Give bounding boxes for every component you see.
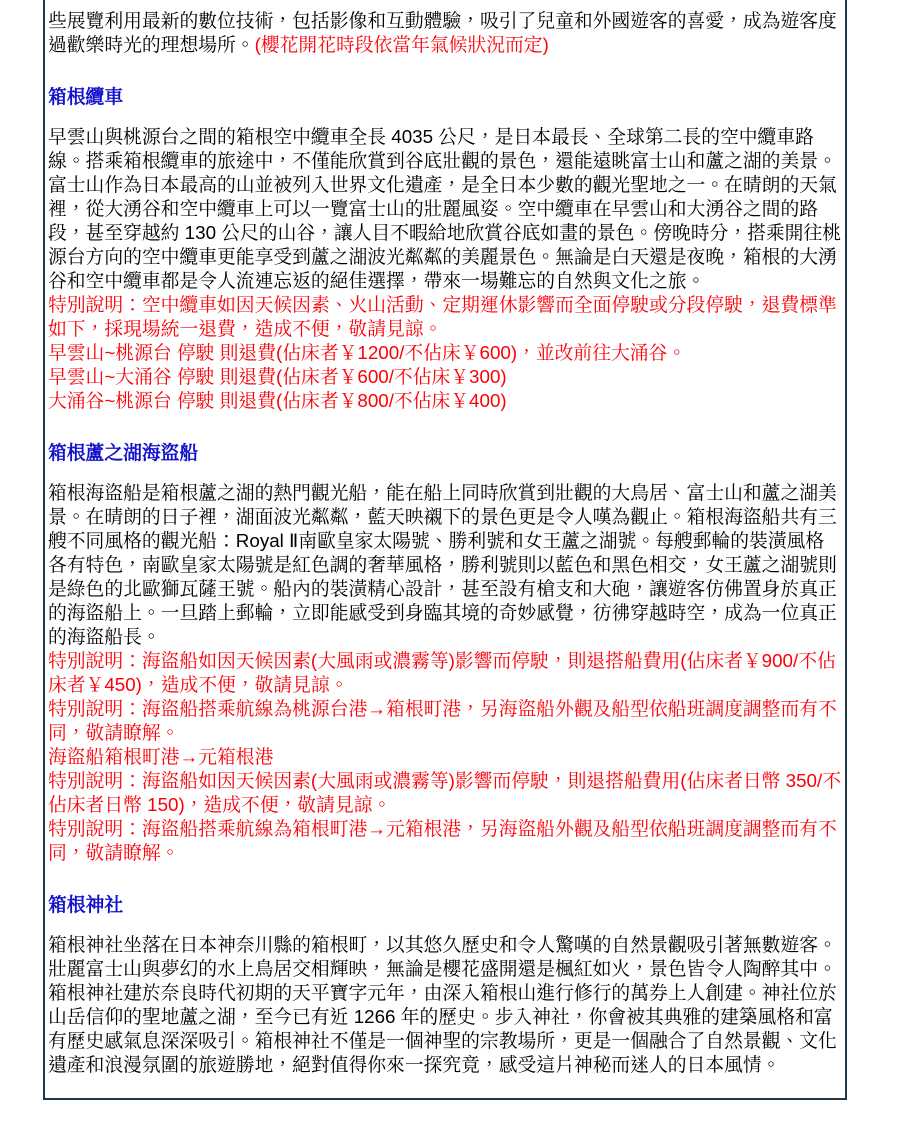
notice-text-ship-route-note: 特別說明：海盜船搭乘航線為箱根町港→元箱根港，另海盜船外觀及船型依船班調度調整而…	[48, 818, 837, 863]
paragraph-pirate-ship: 箱根海盜船是箱根蘆之湖的熱門觀光船，能在船上同時欣賞到壯觀的大鳥居、富士山和蘆之…	[48, 481, 842, 865]
notice-text-refund-sounzan-owakudani: 早雲山~大涌谷 停駛 則退費(佔床者￥600/不佔床￥300)	[48, 366, 507, 387]
notice-text-refund-owakudani-togendai: 大涌谷~桃源台 停駛 則退費(佔床者￥800/不佔床￥400)	[48, 390, 507, 411]
section-heading-pirate-ship: 箱根蘆之湖海盜船	[48, 441, 842, 465]
notice-text-ship-route-hakonemachi-motohakone: 海盜船箱根町港→元箱根港	[48, 746, 273, 767]
section-heading-hakone-shrine: 箱根神社	[48, 893, 842, 917]
notice-text-ship-route-togendai-hakonemachi: 特別說明：海盜船搭乘航線為桃源台港→箱根町港，另海盜船外觀及船型依船班調度調整而…	[48, 698, 837, 743]
notice-text-ship-weather-refund-jpy: 特別說明：海盜船如因天候因素(大風雨或濃霧等)影響而停駛，則退搭船費用(佔床者日…	[48, 770, 841, 815]
document-body: { "theme": { "border_color": "#1e3a4a", …	[0, 0, 901, 1122]
body-text: 箱根海盜船是箱根蘆之湖的熱門觀光船，能在船上同時欣賞到壯觀的大鳥居、富士山和蘆之…	[48, 482, 837, 647]
itinerary-table-cell: 些展覽利用最新的數位技術，包括影像和互動體驗，吸引了兒童和外國遊客的喜愛，成為遊…	[43, 0, 847, 1100]
paragraph-hakone-shrine: 箱根神社坐落在日本神奈川縣的箱根町，以其悠久歷史和令人驚嘆的自然景觀吸引著無數遊…	[48, 933, 842, 1077]
notice-text: (櫻花開花時段依當年氣候狀況而定)	[255, 34, 549, 55]
notice-text-ship-weather-refund: 特別說明：海盜船如因天候因素(大風雨或濃霧等)影響而停駛，則退搭船費用(佔床者￥…	[48, 650, 836, 695]
paragraph-hakone-ropeway: 早雲山與桃源台之間的箱根空中纜車全長 4035 公尺，是日本最長、全球第二長的空…	[48, 125, 842, 413]
body-text: 箱根神社坐落在日本神奈川縣的箱根町，以其悠久歷史和令人驚嘆的自然景觀吸引著無數遊…	[48, 934, 837, 1075]
section-heading-hakone-ropeway: 箱根纜車	[48, 85, 842, 109]
notice-text-refund-sounzan-togendai: 早雲山~桃源台 停駛 則退費(佔床者￥1200/不佔床￥600)，並改前往大涌谷…	[48, 342, 686, 363]
paragraph-exhibit-intro: 些展覽利用最新的數位技術，包括影像和互動體驗，吸引了兒童和外國遊客的喜愛，成為遊…	[48, 9, 842, 57]
notice-text-ropeway-refund-policy: 特別說明：空中纜車如因天候因素、火山活動、定期運休影響而全面停駛或分段停駛，退費…	[48, 294, 837, 339]
body-text: 早雲山與桃源台之間的箱根空中纜車全長 4035 公尺，是日本最長、全球第二長的空…	[48, 126, 841, 291]
